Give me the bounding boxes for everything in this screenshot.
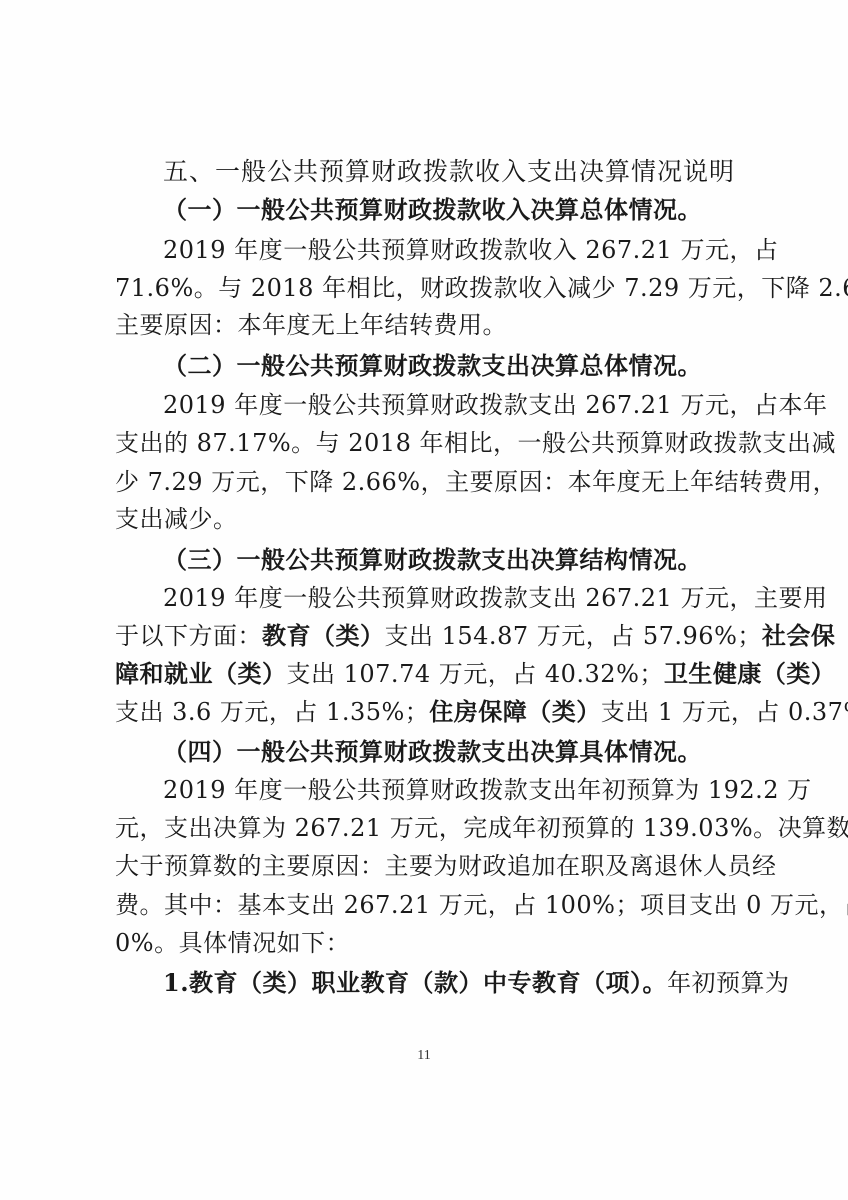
category-education: 教育（类） [262,621,385,650]
category-health: 卫生健康（类） [664,659,836,688]
category-social-security: 社会保 [762,621,836,650]
subsection-heading-3: （三）一般公共预算财政拨款支出决算结构情况。 [163,541,741,579]
paragraph-line: 71.6%。与 2018 年相比，财政拨款收入减少 7.29 万元，下降 2.6… [115,269,741,307]
text: 支出 107.74 万元，占 40.32%； [287,660,664,688]
subsection-heading-4: （四）一般公共预算财政拨款支出决算具体情况。 [163,733,741,771]
subsection-heading-2: （二）一般公共预算财政拨款支出决算总体情况。 [163,347,741,385]
document-page: 五、一般公共预算财政拨款收入支出决算情况说明 （一）一般公共预算财政拨款收入决算… [0,0,848,1200]
list-item-1: 1.教育（类）职业教育（款）中专教育（项）。年初预算为 [163,964,741,1002]
paragraph-line: 主要原因：本年度无上年结转费用。 [115,306,741,344]
paragraph-line: 于以下方面：教育（类）支出 154.87 万元，占 57.96%；社会保 [115,617,741,655]
paragraph-line: 元，支出决算为 267.21 万元，完成年初预算的 139.03%。决算数 [115,809,741,847]
page-number: 11 [0,1048,848,1064]
paragraph-line: 2019 年度一般公共预算财政拨款支出 267.21 万元，主要用 [163,579,741,617]
paragraph-line: 2019 年度一般公共预算财政拨款收入 267.21 万元，占 [163,231,741,269]
paragraph-line: 障和就业（类）支出 107.74 万元，占 40.32%；卫生健康（类） [115,655,741,693]
text: 于以下方面： [115,622,262,650]
subsection-heading-1: （一）一般公共预算财政拨款收入决算总体情况。 [163,191,741,229]
paragraph-line: 2019 年度一般公共预算财政拨款支出年初预算为 192.2 万 [163,771,741,809]
section-title: 五、一般公共预算财政拨款收入支出决算情况说明 [163,153,741,191]
item-heading: 1.教育（类）职业教育（款）中专教育（项）。 [163,968,667,997]
paragraph-line: 支出减少。 [115,500,741,538]
text: 支出 1 万元，占 0.37%。 [601,698,848,726]
paragraph-line: 费。其中：基本支出 267.21 万元，占 100%；项目支出 0 万元，占 [115,886,741,924]
text: 年初预算为 [667,969,790,997]
paragraph-line: 2019 年度一般公共预算财政拨款支出 267.21 万元，占本年 [163,386,741,424]
paragraph-line: 大于预算数的主要原因：主要为财政追加在职及离退休人员经 [115,847,741,885]
paragraph-line: 少 7.29 万元，下降 2.66%，主要原因：本年度无上年结转费用， [115,463,741,501]
paragraph-line: 支出 3.6 万元，占 1.35%；住房保障（类）支出 1 万元，占 0.37%… [115,693,741,731]
category-housing: 住房保障（类） [429,697,601,726]
category-social-security: 障和就业（类） [115,659,287,688]
text: 支出 154.87 万元，占 57.96%； [385,622,762,650]
paragraph-line: 支出的 87.17%。与 2018 年相比，一般公共预算财政拨款支出减 [115,424,741,462]
text: 支出 3.6 万元，占 1.35%； [115,698,429,726]
paragraph-line: 0%。具体情况如下： [115,924,741,962]
